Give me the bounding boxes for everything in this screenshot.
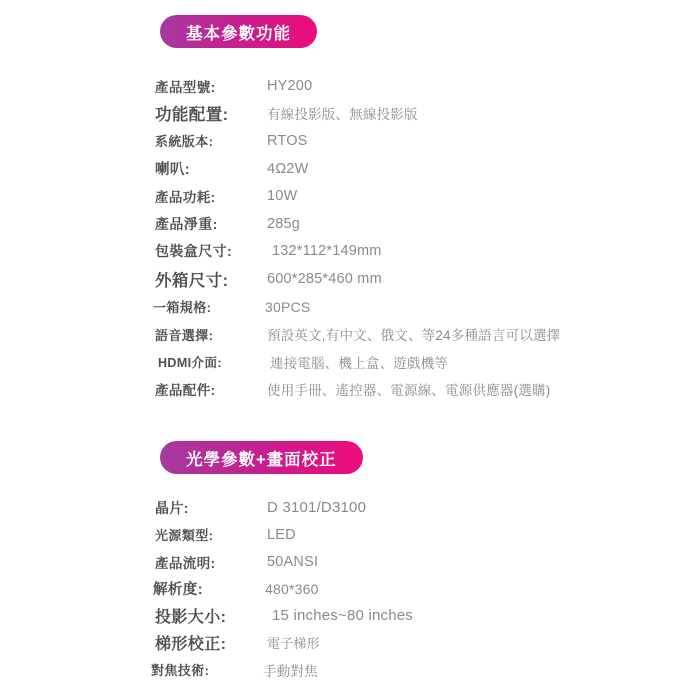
- spec-label: 語音選擇:: [155, 325, 267, 344]
- spec-value: RTOS: [267, 133, 308, 149]
- spec-row: 投影大小:15 inches~80 inches: [155, 602, 413, 629]
- spec-row: 產品淨重:285g: [155, 210, 560, 238]
- spec-row: 外箱尺寸:600*285*460 mm: [155, 265, 560, 293]
- spec-row: 光源類型:LED: [155, 521, 413, 548]
- spec-value: 電子梯形: [267, 633, 320, 652]
- spec-row: 產品流明:50ANSI: [155, 548, 413, 575]
- spec-row: HDMI介面:連接電腦、機上盒、遊戲機等: [155, 348, 560, 376]
- spec-label: 梯形校正:: [155, 631, 267, 654]
- spec-row: 晶片:D 3101/D3100: [155, 494, 413, 521]
- spec-label: 一箱規格:: [153, 297, 265, 316]
- spec-row: 產品配件:使用手冊、遙控器、電源線、電源供應器(選購): [155, 376, 560, 404]
- spec-label: 功能配置:: [155, 101, 267, 125]
- spec-row: 喇叭:4Ω2W: [155, 155, 560, 183]
- spec-value: 600*285*460 mm: [267, 271, 382, 287]
- spec-label: 投影大小:: [155, 604, 267, 627]
- spec-row: 語音選擇:預設英文,有中文、俄文、等24多種語言可以選擇: [155, 320, 560, 348]
- spec-label: 解析度:: [153, 578, 265, 599]
- spec-label: 對焦技術:: [151, 660, 263, 679]
- spec-row: 一箱規格:30PCS: [155, 293, 560, 321]
- spec-value: 4Ω2W: [267, 161, 308, 177]
- spec-value: D 3101/D3100: [267, 499, 366, 516]
- section-optical-params-badge: 光學參數+畫面校正: [160, 441, 363, 474]
- spec-label: 包裝盒尺寸:: [155, 241, 267, 261]
- spec-value: 132*112*149mm: [267, 243, 382, 259]
- section-title: 基本參數功能: [186, 20, 291, 44]
- spec-label: 產品流明:: [155, 552, 267, 572]
- spec-value: 預設英文,有中文、俄文、等24多種語言可以選擇: [267, 324, 560, 344]
- section-basic-params: 基本參數功能 產品型號:HY200功能配置:有線投影版、無線投影版系統版本:RT…: [160, 15, 560, 403]
- spec-row: 包裝盒尺寸:132*112*149mm: [155, 238, 560, 266]
- spec-label: 外箱尺寸:: [155, 267, 267, 291]
- spec-row: 解析度:480*360: [155, 575, 413, 602]
- spec-row: 功能配置:有線投影版、無線投影版: [155, 100, 560, 128]
- spec-row: 對焦技術:手動對焦: [155, 656, 413, 683]
- spec-value: LED: [267, 527, 296, 543]
- spec-label: 產品功耗:: [155, 186, 267, 206]
- spec-value: 480*360: [265, 581, 319, 597]
- spec-label: 產品配件:: [155, 379, 267, 399]
- spec-value: 15 inches~80 inches: [267, 607, 413, 624]
- spec-value: 10W: [267, 188, 297, 204]
- spec-label: 晶片:: [155, 498, 267, 518]
- spec-label: 產品型號:: [155, 76, 267, 96]
- spec-label: 光源類型:: [155, 525, 267, 544]
- spec-value: HY200: [267, 78, 312, 94]
- spec-value: 50ANSI: [267, 554, 318, 570]
- spec-label: 系統版本:: [155, 131, 267, 150]
- spec-value: 連接電腦、機上盒、遊戲機等: [270, 352, 448, 372]
- spec-rows-optical: 晶片:D 3101/D3100光源類型:LED產品流明:50ANSI解析度:48…: [155, 494, 413, 683]
- product-spec-sheet: 基本參數功能 產品型號:HY200功能配置:有線投影版、無線投影版系統版本:RT…: [0, 0, 700, 700]
- spec-row: 產品功耗:10W: [155, 182, 560, 210]
- spec-value: 手動對焦: [263, 660, 318, 680]
- section-title: 光學參數+畫面校正: [186, 446, 337, 470]
- spec-value: 使用手冊、遙控器、電源線、電源供應器(選購): [267, 379, 550, 399]
- section-basic-params-badge: 基本參數功能: [160, 15, 317, 48]
- spec-row: 產品型號:HY200: [155, 72, 560, 100]
- spec-row: 梯形校正:電子梯形: [155, 629, 413, 656]
- section-optical-params: 光學參數+畫面校正 晶片:D 3101/D3100光源類型:LED產品流明:50…: [160, 441, 413, 683]
- spec-value: 30PCS: [265, 299, 310, 315]
- spec-rows-basic: 產品型號:HY200功能配置:有線投影版、無線投影版系統版本:RTOS喇叭:4Ω…: [155, 72, 560, 403]
- spec-label: 產品淨重:: [155, 214, 267, 234]
- spec-label: HDMI介面:: [158, 353, 270, 371]
- spec-row: 系統版本:RTOS: [155, 127, 560, 155]
- spec-value: 285g: [267, 216, 300, 232]
- spec-label: 喇叭:: [155, 158, 267, 179]
- spec-value: 有線投影版、無線投影版: [267, 103, 418, 123]
